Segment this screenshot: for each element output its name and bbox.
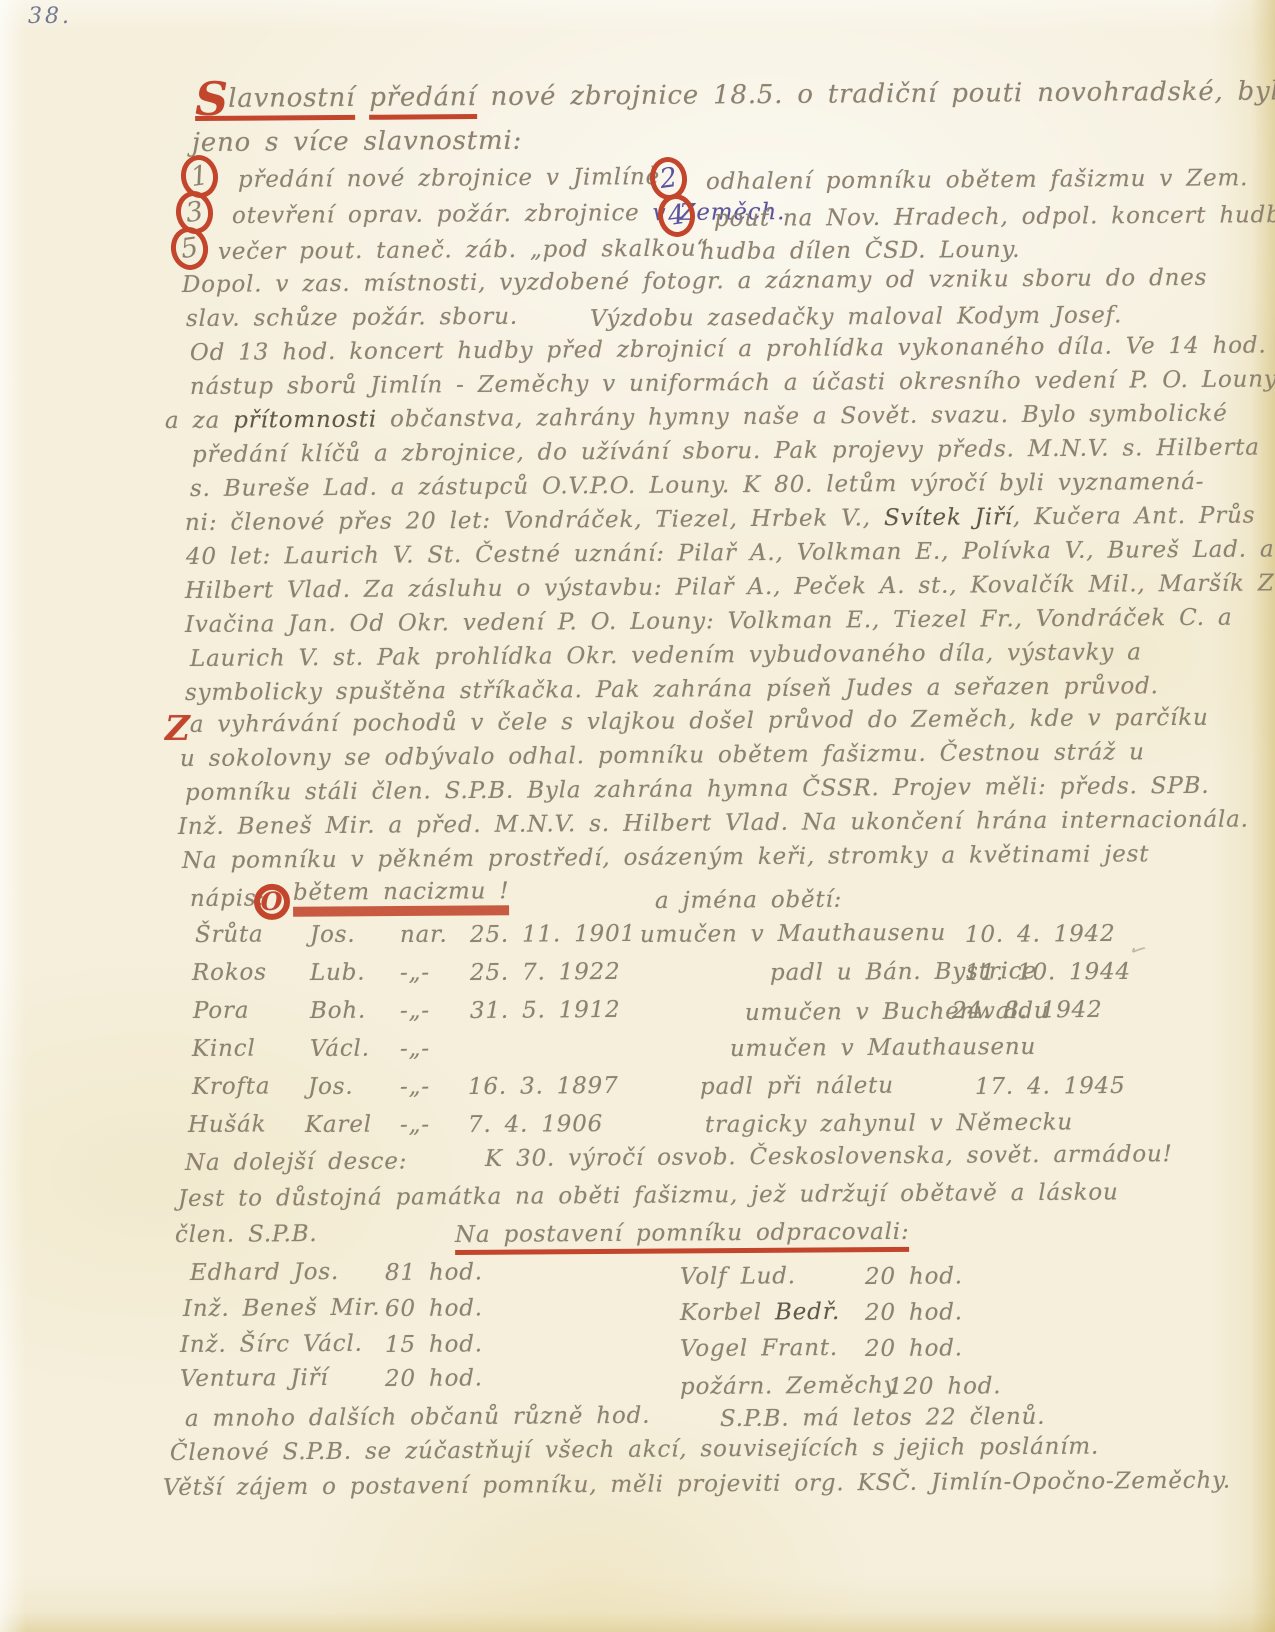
body-line: symbolicky spuštěna stříkačka. Pak zahrá… — [185, 673, 1159, 706]
victim-born-label: -„- — [400, 1074, 430, 1100]
victim-died: 24. 8. 1942 — [952, 997, 1103, 1024]
body-line: Ivačina Jan. Od Okr. vedení P. O. Louny:… — [185, 605, 1233, 638]
plaque-text: K 30. výročí osvob. Československa, sově… — [485, 1141, 1173, 1172]
victim-surname: Krofta — [192, 1073, 270, 1100]
victim-died: 10. 4. 1942 — [965, 921, 1116, 948]
hours-name: Vogel Frant. — [680, 1335, 838, 1362]
victim-born: 7. 4. 1906 — [468, 1111, 603, 1138]
hours-value: 15 hod. — [385, 1331, 483, 1358]
body-line: pomníku stáli člen. S.P.B. Byla zahrána … — [185, 773, 1210, 806]
victim-fate: padl při náletu — [700, 1073, 894, 1100]
victim-born: 16. 3. 1897 — [468, 1073, 619, 1100]
event-text-3: otevření oprav. požár. zbrojnice v Zeměc… — [232, 199, 785, 229]
page-number: 38. — [28, 4, 72, 29]
body-line: a za přítomnosti občanstva, zahrány hymn… — [165, 401, 1228, 434]
victim-born-label: -„- — [400, 998, 430, 1024]
body-line: Hilbert Vlad. Za zásluhu o výstavbu: Pil… — [185, 570, 1275, 604]
body-line: s. Bureše Lad. a zástupců O.V.P.O. Louny… — [190, 469, 1204, 502]
victim-name: Boh. — [310, 998, 366, 1024]
hours-value: 20 hod. — [865, 1299, 963, 1326]
hours-name: Inž. Beneš Mir. — [183, 1295, 381, 1322]
victim-born: 25. 11. 1901 — [470, 921, 636, 948]
title-underlined-1: Slavnostní — [195, 83, 355, 121]
hours-value: 81 hod. — [385, 1259, 483, 1286]
victim-born-label: nar. — [400, 922, 448, 948]
victim-fate: umučen v Mauthausenu — [640, 920, 946, 948]
victim-name: Jos. — [308, 1074, 354, 1100]
body-line: Od 13 hod. koncert hudby před zbrojnicí … — [190, 332, 1267, 366]
victim-died: 11. 10. 1944 — [965, 959, 1131, 986]
victim-name: Karel — [305, 1112, 372, 1138]
hours-value: 20 hod. — [385, 1365, 483, 1392]
victim-name: Lub. — [310, 960, 366, 986]
title-initial: S — [195, 72, 229, 126]
event-text-5b: hudba dílen ČSD. Louny. — [700, 237, 1020, 265]
hours-name: Korbel Bedř. — [680, 1299, 840, 1326]
body-line: Větší zájem o postavení pomníku, měli pr… — [163, 1468, 1231, 1501]
title-line-2: jeno s více slavnostmi: — [192, 126, 522, 158]
victim-surname: Šrůta — [195, 922, 264, 948]
victim-born-label: -„- — [400, 1036, 430, 1062]
inscription-rest: a jména obětí: — [655, 887, 842, 914]
event-text-4: pouť na Nov. Hradech, odpol. koncert hud… — [714, 202, 1275, 232]
hours-value: 20 hod. — [865, 1263, 963, 1290]
body-line: Inž. Beneš Mir. a před. M.N.V. s. Hilber… — [178, 807, 1249, 840]
body-line: Jest to důstojná památka na oběti fašizm… — [178, 1179, 1119, 1212]
victim-born-label: -„- — [400, 1112, 430, 1138]
body-line: předání klíčů a zbrojnice, do užívání sb… — [192, 435, 1260, 468]
plaque-label: Na dolejší desce: — [185, 1148, 407, 1176]
event-text-5: večer pout. taneč. záb. „pod skalkou“ — [218, 236, 709, 265]
body-line: Laurich V. st. Pak prohlídka Okr. vedení… — [190, 639, 1142, 672]
event-text-1: předání nové zbrojnice v Jimlíně — [238, 164, 660, 193]
body-line: 40 let: Laurich V. St. Čestné uznání: Pi… — [186, 536, 1275, 570]
event-number-5: 5 — [168, 225, 211, 273]
victim-fate: umučen v Mauthausenu — [730, 1034, 1036, 1062]
inscription: Obětem nacizmu ! — [254, 878, 510, 919]
red-initial: Z — [165, 709, 190, 749]
body-line: Za vyhrávání pochodů v čele s vlajkou do… — [165, 705, 1209, 738]
title-rest: nové zbrojnice 18.5. o tradiční pouti no… — [491, 76, 1275, 112]
victim-name: Jos. — [310, 922, 356, 948]
victim-died: 17. 4. 1945 — [975, 1073, 1126, 1100]
victim-surname: Rokos — [192, 959, 267, 986]
body-line: slav. schůze požár. sboru. — [186, 304, 518, 332]
body-line: nástup sborů Jimlín - Zeměchy v uniformá… — [190, 366, 1275, 400]
victim-born-label: -„- — [400, 960, 430, 986]
hours-name: Volf Lud. — [680, 1263, 796, 1290]
body-line: u sokolovny se odbývalo odhal. pomníku o… — [180, 739, 1145, 772]
victim-born: 31. 5. 1912 — [470, 997, 621, 1024]
body-line: Na pomníku v pěkném prostředí, osázeným … — [182, 841, 1149, 874]
inscription-initial: O — [254, 883, 290, 919]
title-underlined-2: předání — [369, 82, 477, 120]
body-line: Členové S.P.B. se zúčastňují všech akcí,… — [170, 1434, 1099, 1466]
body-line: Dopol. v zas. místnosti, vyzdobené fotog… — [182, 265, 1207, 298]
body-line: člen. S.P.B. — [175, 1221, 318, 1248]
hours-name: Edhard Jos. — [190, 1259, 339, 1286]
body-line: Výzdobu zasedačky maloval Kodym Josef. — [590, 302, 1122, 332]
victim-fate: tragicky zahynul v Německu — [705, 1109, 1073, 1138]
victim-surname: Pora — [193, 998, 249, 1024]
victim-surname: Hušák — [188, 1111, 267, 1138]
hours-name: Inž. Šírc Václ. — [180, 1331, 363, 1358]
victim-born: 25. 7. 1922 — [470, 959, 621, 986]
event-text-2: odhalení pomníku obětem fašizmu v Zem. — [706, 165, 1248, 195]
body-line: a mnoho dalších občanů různě hod. — [185, 1403, 650, 1432]
hours-name: požárn. Zeměchy — [680, 1372, 898, 1400]
body-line: S.P.B. má letos 22 členů. — [720, 1404, 1045, 1432]
inscription-underlined: bětem nacizmu ! — [293, 878, 510, 917]
body-line: ni: členové přes 20 let: Vondráček, Tiez… — [185, 503, 1255, 536]
hours-value: 20 hod. — [865, 1335, 963, 1362]
hours-value: 60 hod. — [385, 1295, 483, 1322]
hours-value: 120 hod. — [888, 1373, 1001, 1400]
work-heading: Na postavení pomníku odpracovali: — [455, 1219, 910, 1248]
victim-name: Václ. — [310, 1036, 370, 1062]
victim-surname: Kincl — [192, 1036, 256, 1062]
event-number-4: 4 — [655, 192, 698, 240]
chronicle-page: 38. Slavnostní předání nové zbrojnice 18… — [0, 0, 1275, 1632]
title-line: Slavnostní předání nové zbrojnice 18.5. … — [195, 76, 1275, 114]
hours-name: Ventura Jiří — [180, 1365, 329, 1392]
